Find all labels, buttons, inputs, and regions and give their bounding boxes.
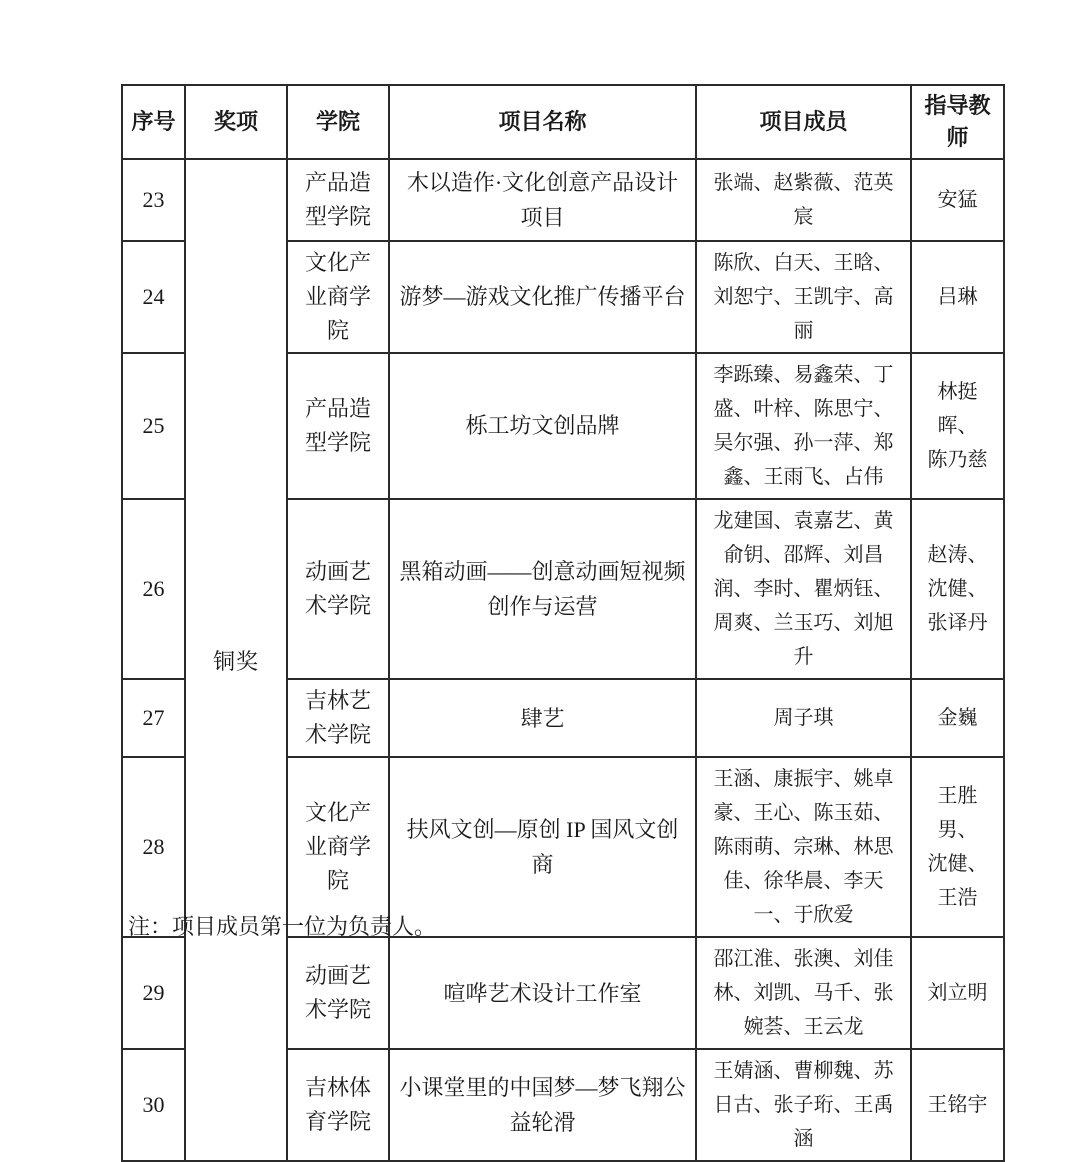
cell-project-members: 李跞臻、易鑫荣、丁盛、叶梓、陈思宁、吴尔强、孙一萍、郑鑫、王雨飞、占伟	[696, 353, 911, 499]
cell-college: 文化产业商学院	[287, 241, 389, 353]
cell-number: 24	[122, 241, 185, 353]
col-header-project: 项目名称	[389, 85, 696, 159]
table-row: 23铜奖产品造型学院木以造作·文化创意产品设计项目张端、赵紫薇、范英宸安猛	[122, 159, 1004, 241]
cell-project-members: 陈欣、白天、王晗、刘恕宁、王凯宇、高丽	[696, 241, 911, 353]
cell-college: 吉林体育学院	[287, 1049, 389, 1161]
table-header-row: 序号 奖项 学院 项目名称 项目成员 指导教师	[122, 85, 1004, 159]
cell-college: 文化产业商学院	[287, 757, 389, 937]
cell-advisors: 金巍	[911, 679, 1004, 757]
cell-project-name: 栎工坊文创品牌	[389, 353, 696, 499]
cell-number: 25	[122, 353, 185, 499]
cell-project-members: 王涵、康振宇、姚卓豪、王心、陈玉茹、陈雨萌、宗琳、林思佳、徐华晨、李天一、于欣爱	[696, 757, 911, 937]
cell-advisors: 王胜男、 沈健、 王浩	[911, 757, 1004, 937]
cell-number: 28	[122, 757, 185, 937]
cell-college: 产品造型学院	[287, 159, 389, 241]
cell-project-name: 喧哗艺术设计工作室	[389, 937, 696, 1049]
col-header-advisor: 指导教师	[911, 85, 1004, 159]
cell-advisors: 王铭宇	[911, 1049, 1004, 1161]
cell-college: 动画艺术学院	[287, 499, 389, 679]
cell-project-name: 小课堂里的中国梦—梦飞翔公益轮滑	[389, 1049, 696, 1161]
cell-advisors: 安猛	[911, 159, 1004, 241]
cell-project-members: 张端、赵紫薇、范英宸	[696, 159, 911, 241]
cell-number: 23	[122, 159, 185, 241]
cell-project-name: 游梦—游戏文化推广传播平台	[389, 241, 696, 353]
col-header-award: 奖项	[185, 85, 287, 159]
cell-project-members: 王婧涵、曹柳魏、苏日古、张子珩、王禹涵	[696, 1049, 911, 1161]
cell-number: 27	[122, 679, 185, 757]
cell-project-members: 邵江淮、张澳、刘佳林、刘凯、马千、张婉荟、王云龙	[696, 937, 911, 1049]
footnote: 注：项目成员第一位为负责人。	[128, 912, 436, 943]
cell-number: 30	[122, 1049, 185, 1161]
cell-award-group: 铜奖	[185, 159, 287, 1161]
awards-table: 序号 奖项 学院 项目名称 项目成员 指导教师 23铜奖产品造型学院木以造作·文…	[121, 84, 1005, 1162]
col-header-members: 项目成员	[696, 85, 911, 159]
cell-college: 动画艺术学院	[287, 937, 389, 1049]
cell-college: 吉林艺术学院	[287, 679, 389, 757]
cell-advisors: 赵涛、 沈健、 张译丹	[911, 499, 1004, 679]
cell-number: 26	[122, 499, 185, 679]
cell-project-members: 龙建国、袁嘉艺、黄俞钥、邵辉、刘昌润、李时、瞿炳钰、周爽、兰玉巧、刘旭升	[696, 499, 911, 679]
cell-advisors: 林挺晖、 陈乃慈	[911, 353, 1004, 499]
cell-advisors: 刘立明	[911, 937, 1004, 1049]
cell-project-members: 周子琪	[696, 679, 911, 757]
cell-college: 产品造型学院	[287, 353, 389, 499]
cell-project-name: 黑箱动画——创意动画短视频创作与运营	[389, 499, 696, 679]
col-header-college: 学院	[287, 85, 389, 159]
cell-advisors: 吕琳	[911, 241, 1004, 353]
cell-number: 29	[122, 937, 185, 1049]
cell-project-name: 木以造作·文化创意产品设计项目	[389, 159, 696, 241]
col-header-number: 序号	[122, 85, 185, 159]
cell-project-name: 肆艺	[389, 679, 696, 757]
cell-project-name: 扶风文创—原创 IP 国风文创商	[389, 757, 696, 937]
